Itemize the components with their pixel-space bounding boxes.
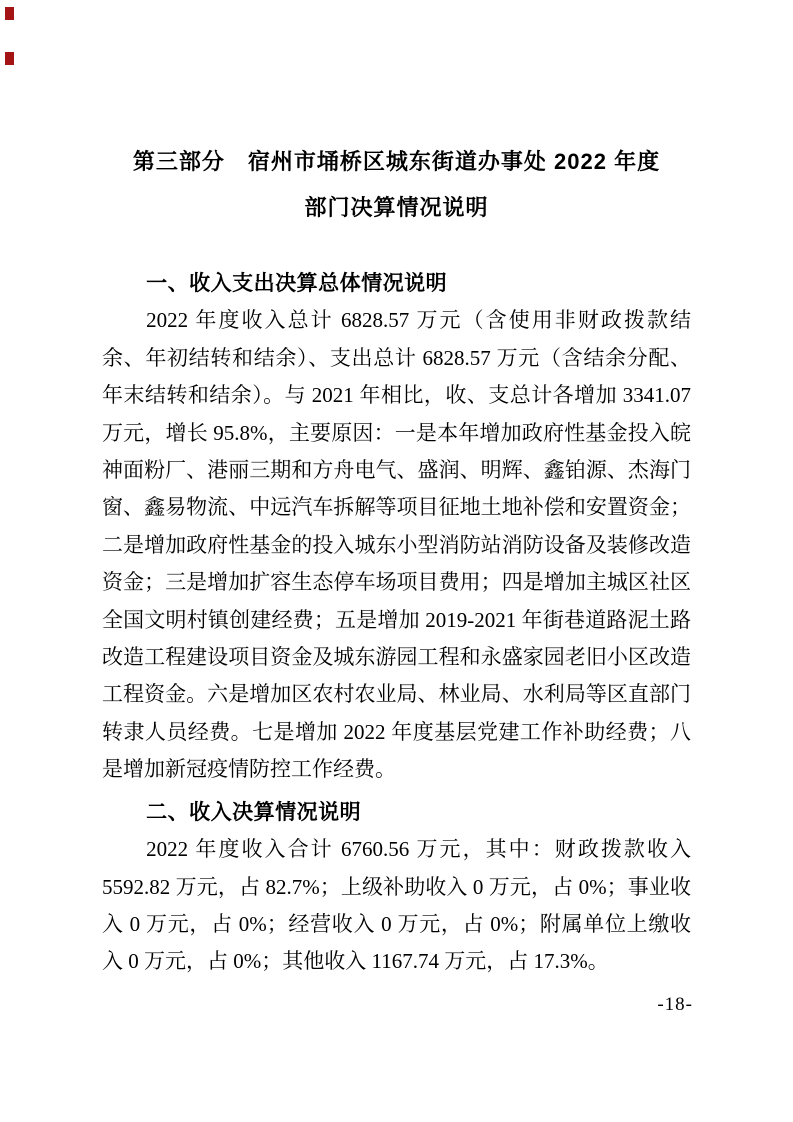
paragraph-income-details: 2022 年度收入合计 6760.56 万元，其中：财政拨款收入 5592.82… [102,831,691,981]
red-artifact-mark-bottom [5,52,14,65]
section-heading-income-details: 二、收入决算情况说明 [102,794,691,831]
document-page: 第三部分 宿州市埇桥区城东街道办事处 2022 年度 部门决算情况说明 一、收入… [0,0,793,1122]
red-artifact-mark-top [5,7,14,20]
document-title: 第三部分 宿州市埇桥区城东街道办事处 2022 年度 部门决算情况说明 [0,0,793,231]
section-heading-income-expenditure-overview: 一、收入支出决算总体情况说明 [102,265,691,302]
document-title-line1: 第三部分 宿州市埇桥区城东街道办事处 2022 年度 [0,139,793,185]
document-body: 一、收入支出决算总体情况说明 2022 年度收入总计 6828.57 万元（含使… [102,265,691,981]
document-title-line2: 部门决算情况说明 [0,185,793,231]
paragraph-income-expenditure-overview: 2022 年度收入总计 6828.57 万元（含使用非财政拨款结余、年初结转和结… [102,302,691,788]
page-number: -18- [657,994,693,1016]
